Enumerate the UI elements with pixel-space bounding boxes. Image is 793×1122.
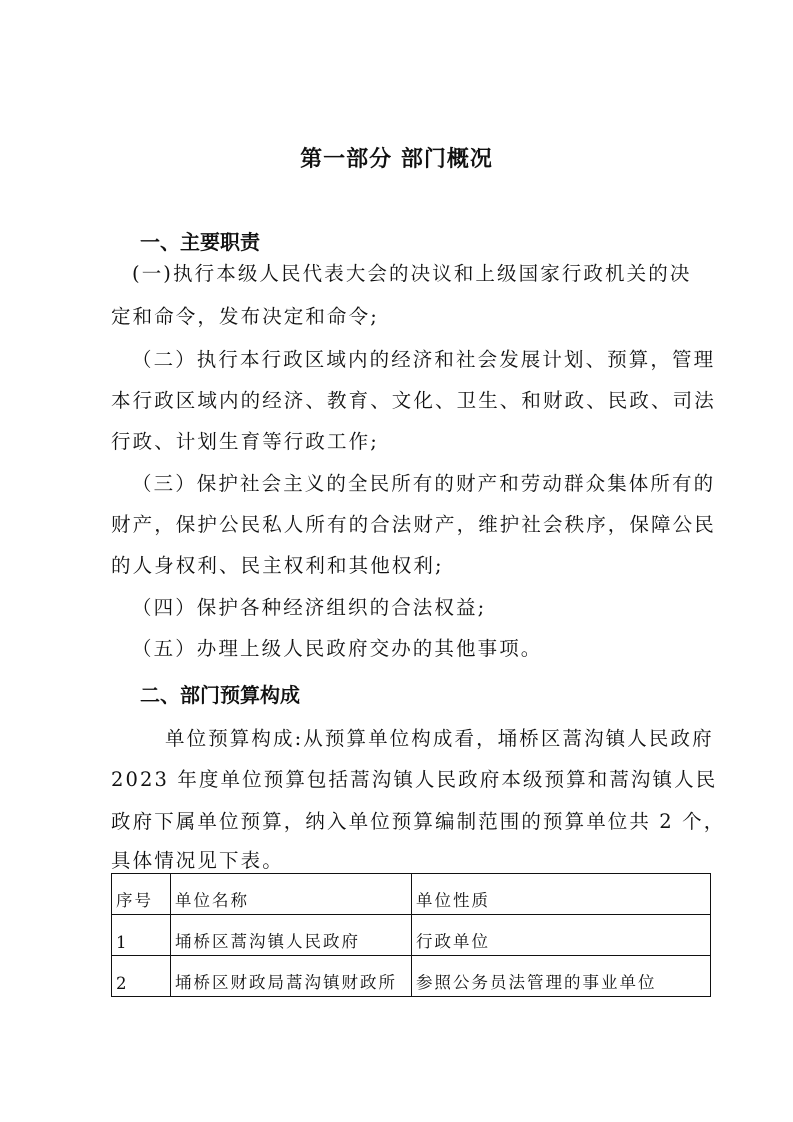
- duty-2-line-2: 本行政区域内的经济、教育、文化、卫生、和财政、民政、司法: [111, 385, 716, 413]
- header-cell-unit-type: 单位性质: [412, 874, 711, 915]
- cell-index: 1: [112, 915, 171, 956]
- duty-1-line-2: 定和命令，发布决定和命令;: [111, 301, 379, 329]
- budget-paragraph-line-4: 具体情况见下表。: [111, 845, 284, 873]
- cell-unit-name: 埇桥区财政局蒿沟镇财政所: [171, 956, 412, 997]
- budget-paragraph-line-2: 2023 年度单位预算包括蒿沟镇人民政府本级预算和蒿沟镇人民: [111, 764, 717, 792]
- section-heading-budget-composition: 二、部门预算构成: [140, 679, 300, 708]
- table-header-row: 序号 单位名称 单位性质: [112, 874, 711, 915]
- duty-2-line-3: 行政、计划生育等行政工作;: [111, 426, 379, 454]
- header-cell-unit-name: 单位名称: [171, 874, 412, 915]
- budget-paragraph-line-1: 单位预算构成:从预算单位构成看，埇桥区蒿沟镇人民政府: [165, 723, 714, 751]
- budget-paragraph-line-3: 政府下属单位预算，纳入单位预算编制范围的预算单位共 2 个，: [111, 806, 725, 834]
- duty-5-line-1: （五）办理上级人民政府交办的其他事项。: [132, 633, 542, 661]
- duty-1-line-1: (一)执行本级人民代表大会的决议和上级国家行政机关的决: [132, 258, 691, 286]
- header-cell-index: 序号: [112, 874, 171, 915]
- duty-3-line-2: 财产，保护公民私人所有的合法财产，维护社会秩序，保障公民: [111, 509, 716, 537]
- cell-unit-name: 埇桥区蒿沟镇人民政府: [171, 915, 412, 956]
- section-heading-main-duties: 一、主要职责: [140, 226, 260, 255]
- table-row: 2 埇桥区财政局蒿沟镇财政所 参照公务员法管理的事业单位: [112, 956, 711, 997]
- cell-unit-type: 参照公务员法管理的事业单位: [412, 956, 711, 997]
- table-row: 1 埇桥区蒿沟镇人民政府 行政单位: [112, 915, 711, 956]
- duty-3-line-1: （三）保护社会主义的全民所有的财产和劳动群众集体所有的: [132, 468, 715, 496]
- duty-3-line-3: 的人身权利、民主权利和其他权利;: [111, 550, 444, 578]
- duty-4-line-1: （四）保护各种经济组织的合法权益;: [132, 592, 486, 620]
- budget-units-table: 序号 单位名称 单位性质 1 埇桥区蒿沟镇人民政府 行政单位 2 埇桥区财政局蒿…: [111, 873, 711, 997]
- duty-2-line-1: （二）执行本行政区域内的经济和社会发展计划、预算，管理: [132, 344, 715, 372]
- cell-unit-type: 行政单位: [412, 915, 711, 956]
- page-title: 第一部分 部门概况: [0, 142, 793, 173]
- cell-index: 2: [112, 956, 171, 997]
